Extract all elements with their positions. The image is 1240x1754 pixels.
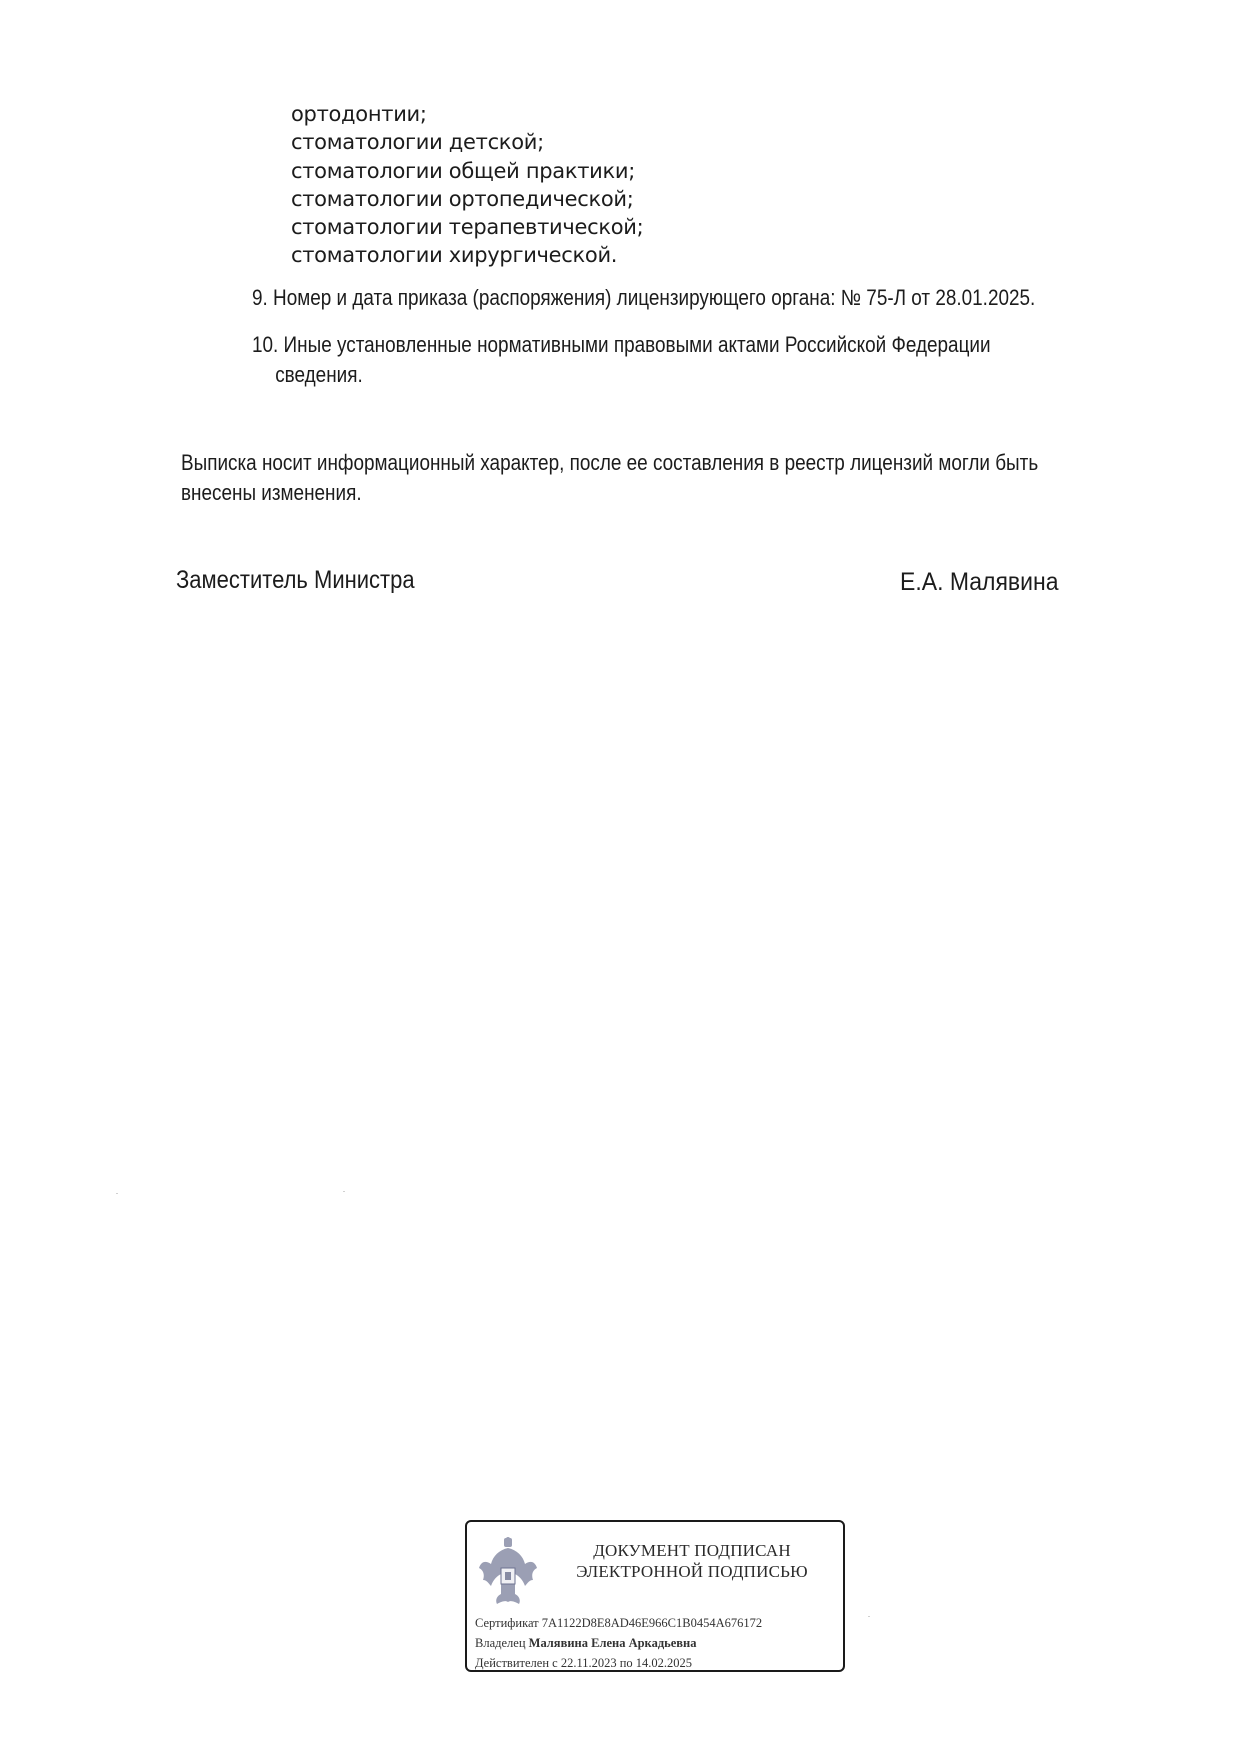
specialties-list: ортодонтии; стоматологии детской; стомат… [291,100,643,270]
stamp-details: Сертификат 7A1122D8E8AD46E966C1B0454A676… [475,1613,762,1673]
scan-speck [343,1191,345,1192]
owner-row: Владелец Малявина Елена Аркадьевна [475,1633,762,1653]
disclaimer-note: Выписка носит информационный характер, п… [181,448,1038,508]
validity-row: Действителен с 22.11.2023 по 14.02.2025 [475,1653,762,1673]
stamp-heading-line-1: ДОКУМЕНТ ПОДПИСАН [547,1540,837,1561]
owner-value: Малявина Елена Аркадьевна [529,1636,697,1650]
disclaimer-line-2: внесены изменения. [181,478,1038,508]
scan-speck [116,1193,118,1194]
signatory-position: Заместитель Министра [176,566,415,595]
certificate-value: 7A1122D8E8AD46E966C1B0454A676172 [542,1616,762,1630]
item-9-order-number: 9. Номер и дата приказа (распоряжения) л… [252,285,1035,311]
stamp-heading: ДОКУМЕНТ ПОДПИСАН ЭЛЕКТРОННОЙ ПОДПИСЬЮ [547,1540,837,1582]
list-item: стоматологии детской; [291,128,643,156]
item-10-line-1: 10. Иные установленные нормативными прав… [252,332,991,357]
list-item: стоматологии терапевтической; [291,213,643,241]
coat-of-arms-icon [477,1536,539,1608]
list-item: стоматологии хирургической. [291,241,643,269]
scan-speck [868,1616,870,1617]
list-item: стоматологии ортопедической; [291,185,643,213]
stamp-heading-line-2: ЭЛЕКТРОННОЙ ПОДПИСЬЮ [547,1561,837,1582]
validity-value: с 22.11.2023 по 14.02.2025 [552,1656,692,1670]
validity-label: Действителен [475,1656,549,1670]
disclaimer-line-1: Выписка носит информационный характер, п… [181,448,1038,478]
certificate-label: Сертификат [475,1616,539,1630]
certificate-row: Сертификат 7A1122D8E8AD46E966C1B0454A676… [475,1613,762,1633]
owner-label: Владелец [475,1636,526,1650]
item-10-other-info: 10. Иные установленные нормативными прав… [252,330,991,390]
list-item: стоматологии общей практики; [291,157,643,185]
document-page: ортодонтии; стоматологии детской; стомат… [0,0,1240,1754]
list-item: ортодонтии; [291,100,643,128]
e-signature-stamp: ДОКУМЕНТ ПОДПИСАН ЭЛЕКТРОННОЙ ПОДПИСЬЮ С… [465,1520,845,1672]
signatory-name: Е.А. Малявина [900,568,1058,597]
item-10-line-2: сведения. [252,360,991,390]
